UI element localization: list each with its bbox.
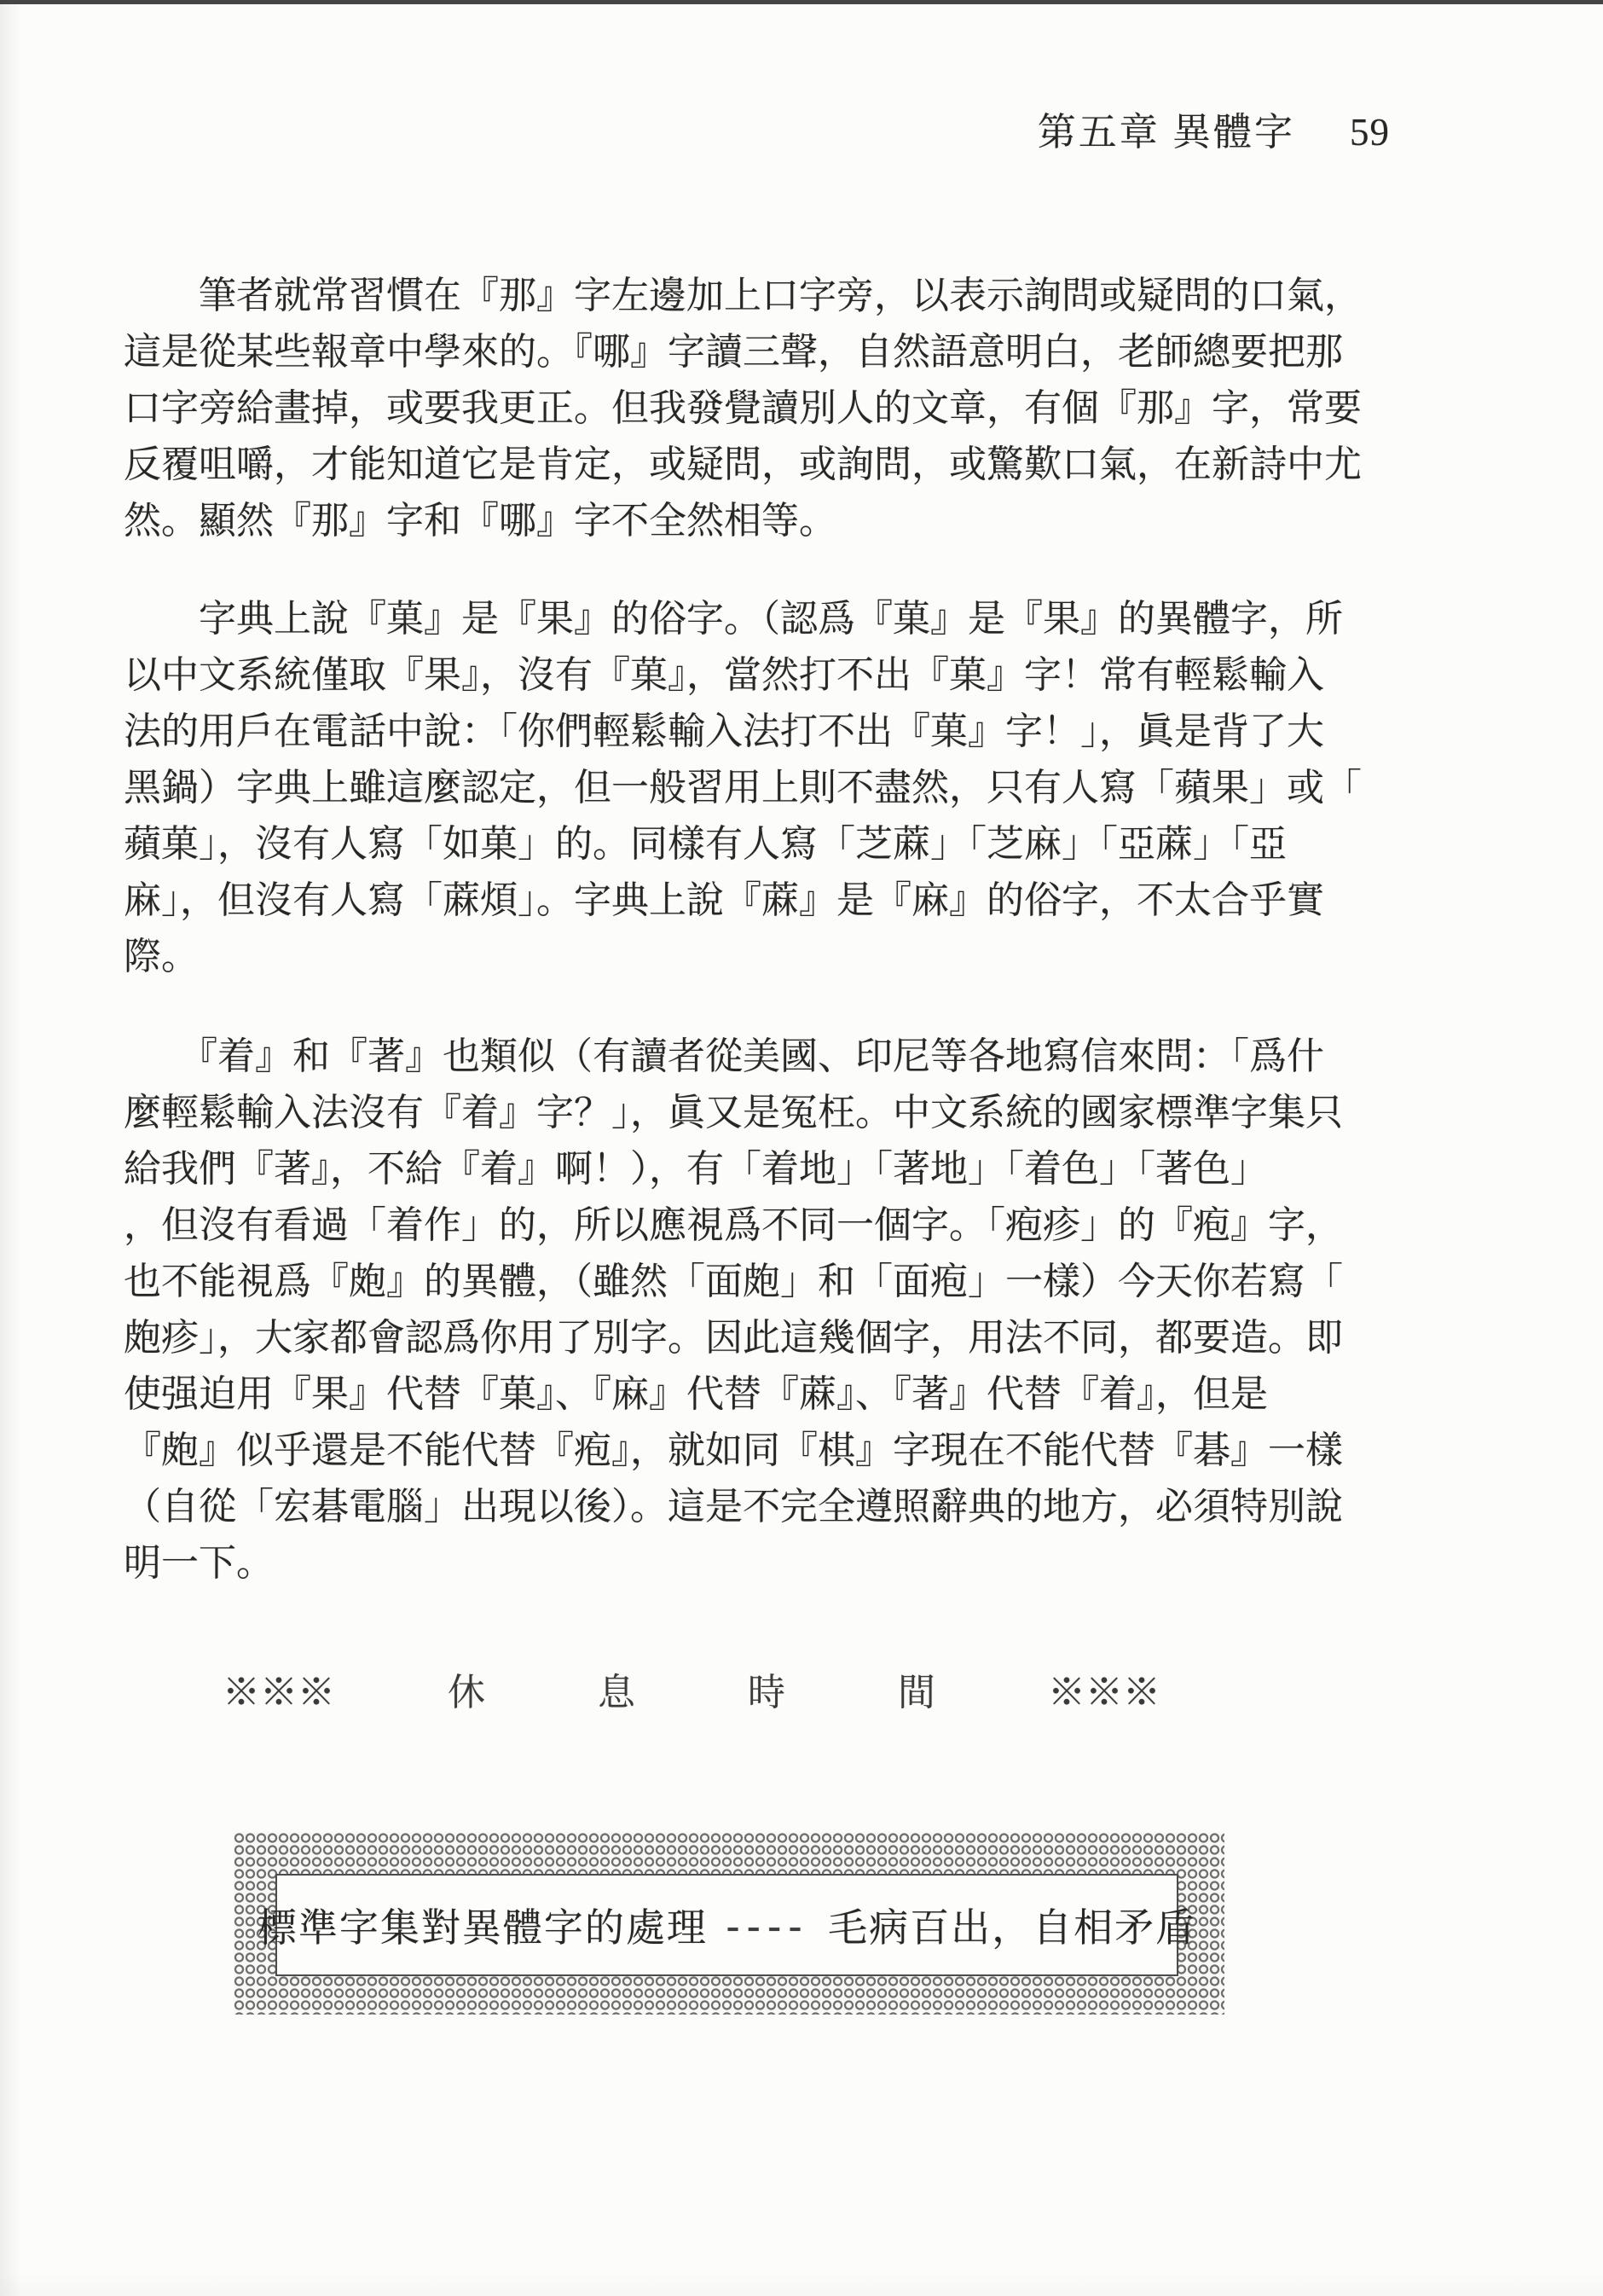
text-line: 蘋菓」，沒有人寫「如菓」的。同樣有人寫「芝蔴」「芝麻」「亞蔴」「亞 [124, 816, 1488, 873]
text-line: 明一下。 [124, 1535, 1488, 1592]
text-line: 使强迫用『果』代替『菓』、『麻』代替『蔴』、『著』代替『着』，但是 [124, 1366, 1488, 1423]
paragraph-2: 字典上說『菓』是『果』的俗字。（認爲『菓』是『果』的異體字，所以中文系統僅取『果… [124, 591, 1488, 985]
text-line: 『皰』似乎還是不能代替『疱』，就如同『棋』字現在不能代替『碁』一樣 [124, 1423, 1488, 1479]
page-number: 59 [1350, 111, 1390, 154]
text-line: 口字旁給畫掉，或要我更正。但我發覺讀別人的文章，有個『那』字，常要 [124, 380, 1488, 437]
callout-dashes: ---- [726, 1903, 809, 1948]
page-header: 第五章 異體字59 [1038, 101, 1390, 156]
text-line: 也不能視爲『皰』的異體，（雖然「面皰」和「面疱」一樣）今天你若寫「 [124, 1254, 1488, 1310]
text-line: 法的用戶在電話中說：「你們輕鬆輸入法打不出『菓』字！」，眞是背了大 [124, 704, 1488, 760]
paragraph-1: 筆者就常習慣在『那』字左邊加上口字旁，以表示詢問或疑問的口氣，這是從某些報章中學… [124, 268, 1488, 549]
scanned-book-page: 第五章 異體字59 筆者就常習慣在『那』字左邊加上口字旁，以表示詢問或疑問的口氣… [0, 0, 1603, 2296]
scan-edge-artifact [0, 0, 1603, 4]
text-line: 反覆咀嚼，才能知道它是肯定，或疑問，或詢問，或驚歎口氣，在新詩中尤 [124, 437, 1488, 493]
callout-inner-box: 標準字集對異體字的處理 ---- 毛病百出，自相矛盾 [275, 1874, 1178, 1976]
text-line: 筆者就常習慣在『那』字左邊加上口字旁，以表示詢問或疑問的口氣， [124, 268, 1488, 324]
callout-title-left: 標準字集對異體字的處理 [258, 1897, 708, 1953]
text-line: 際。 [124, 929, 1488, 985]
paragraph-3: 『着』和『著』也類似（有讀者從美國、印尼等各地寫信來問：「爲什麼輕鬆輸入法沒有『… [124, 1029, 1488, 1592]
callout-title-right: 毛病百出，自相矛盾 [828, 1897, 1196, 1953]
text-line: 皰疹」，大家都會認爲你用了別字。因此這幾個字，用法不同，都要造。即 [124, 1310, 1488, 1366]
text-line: 字典上說『菓』是『果』的俗字。（認爲『菓』是『果』的異體字，所 [124, 591, 1488, 647]
section-divider: ※※※ 休 息 時 間 ※※※ [223, 1665, 1160, 1721]
text-line: 『着』和『著』也類似（有讀者從美國、印尼等各地寫信來問：「爲什 [124, 1029, 1488, 1085]
text-line: 麼輕鬆輸入法沒有『着』字？」，眞又是冤枉。中文系統的國家標準字集只 [124, 1085, 1488, 1141]
text-line: 以中文系統僅取『果』，沒有『菓』，當然打不出『菓』字！常有輕鬆輸入 [124, 647, 1488, 704]
text-line: ，但沒有看過「着作」的，所以應視爲不同一個字。「疱疹」的『疱』字， [124, 1197, 1488, 1254]
callout-box: 標準字集對異體字的處理 ---- 毛病百出，自相矛盾 [234, 1832, 1224, 2015]
text-line: 給我們『著』，不給『着』啊！），有「着地」「著地」「着色」「著色」 [124, 1141, 1488, 1197]
text-line: 黑鍋）字典上雖這麼認定，但一般習用上則不盡然，只有人寫「蘋果」或「 [124, 760, 1488, 816]
chapter-title: 第五章 異體字 [1038, 111, 1295, 154]
text-line: （自從「宏碁電腦」出現以後）。這是不完全遵照辭典的地方，必須特別說 [124, 1479, 1488, 1535]
text-line: 麻」，但沒有人寫「蔴煩」。字典上說『蔴』是『麻』的俗字，不太合乎實 [124, 873, 1488, 929]
text-line: 然。顯然『那』字和『哪』字不全然相等。 [124, 493, 1488, 549]
text-line: 這是從某些報章中學來的。『哪』字讀三聲，自然語意明白，老師總要把那 [124, 324, 1488, 380]
